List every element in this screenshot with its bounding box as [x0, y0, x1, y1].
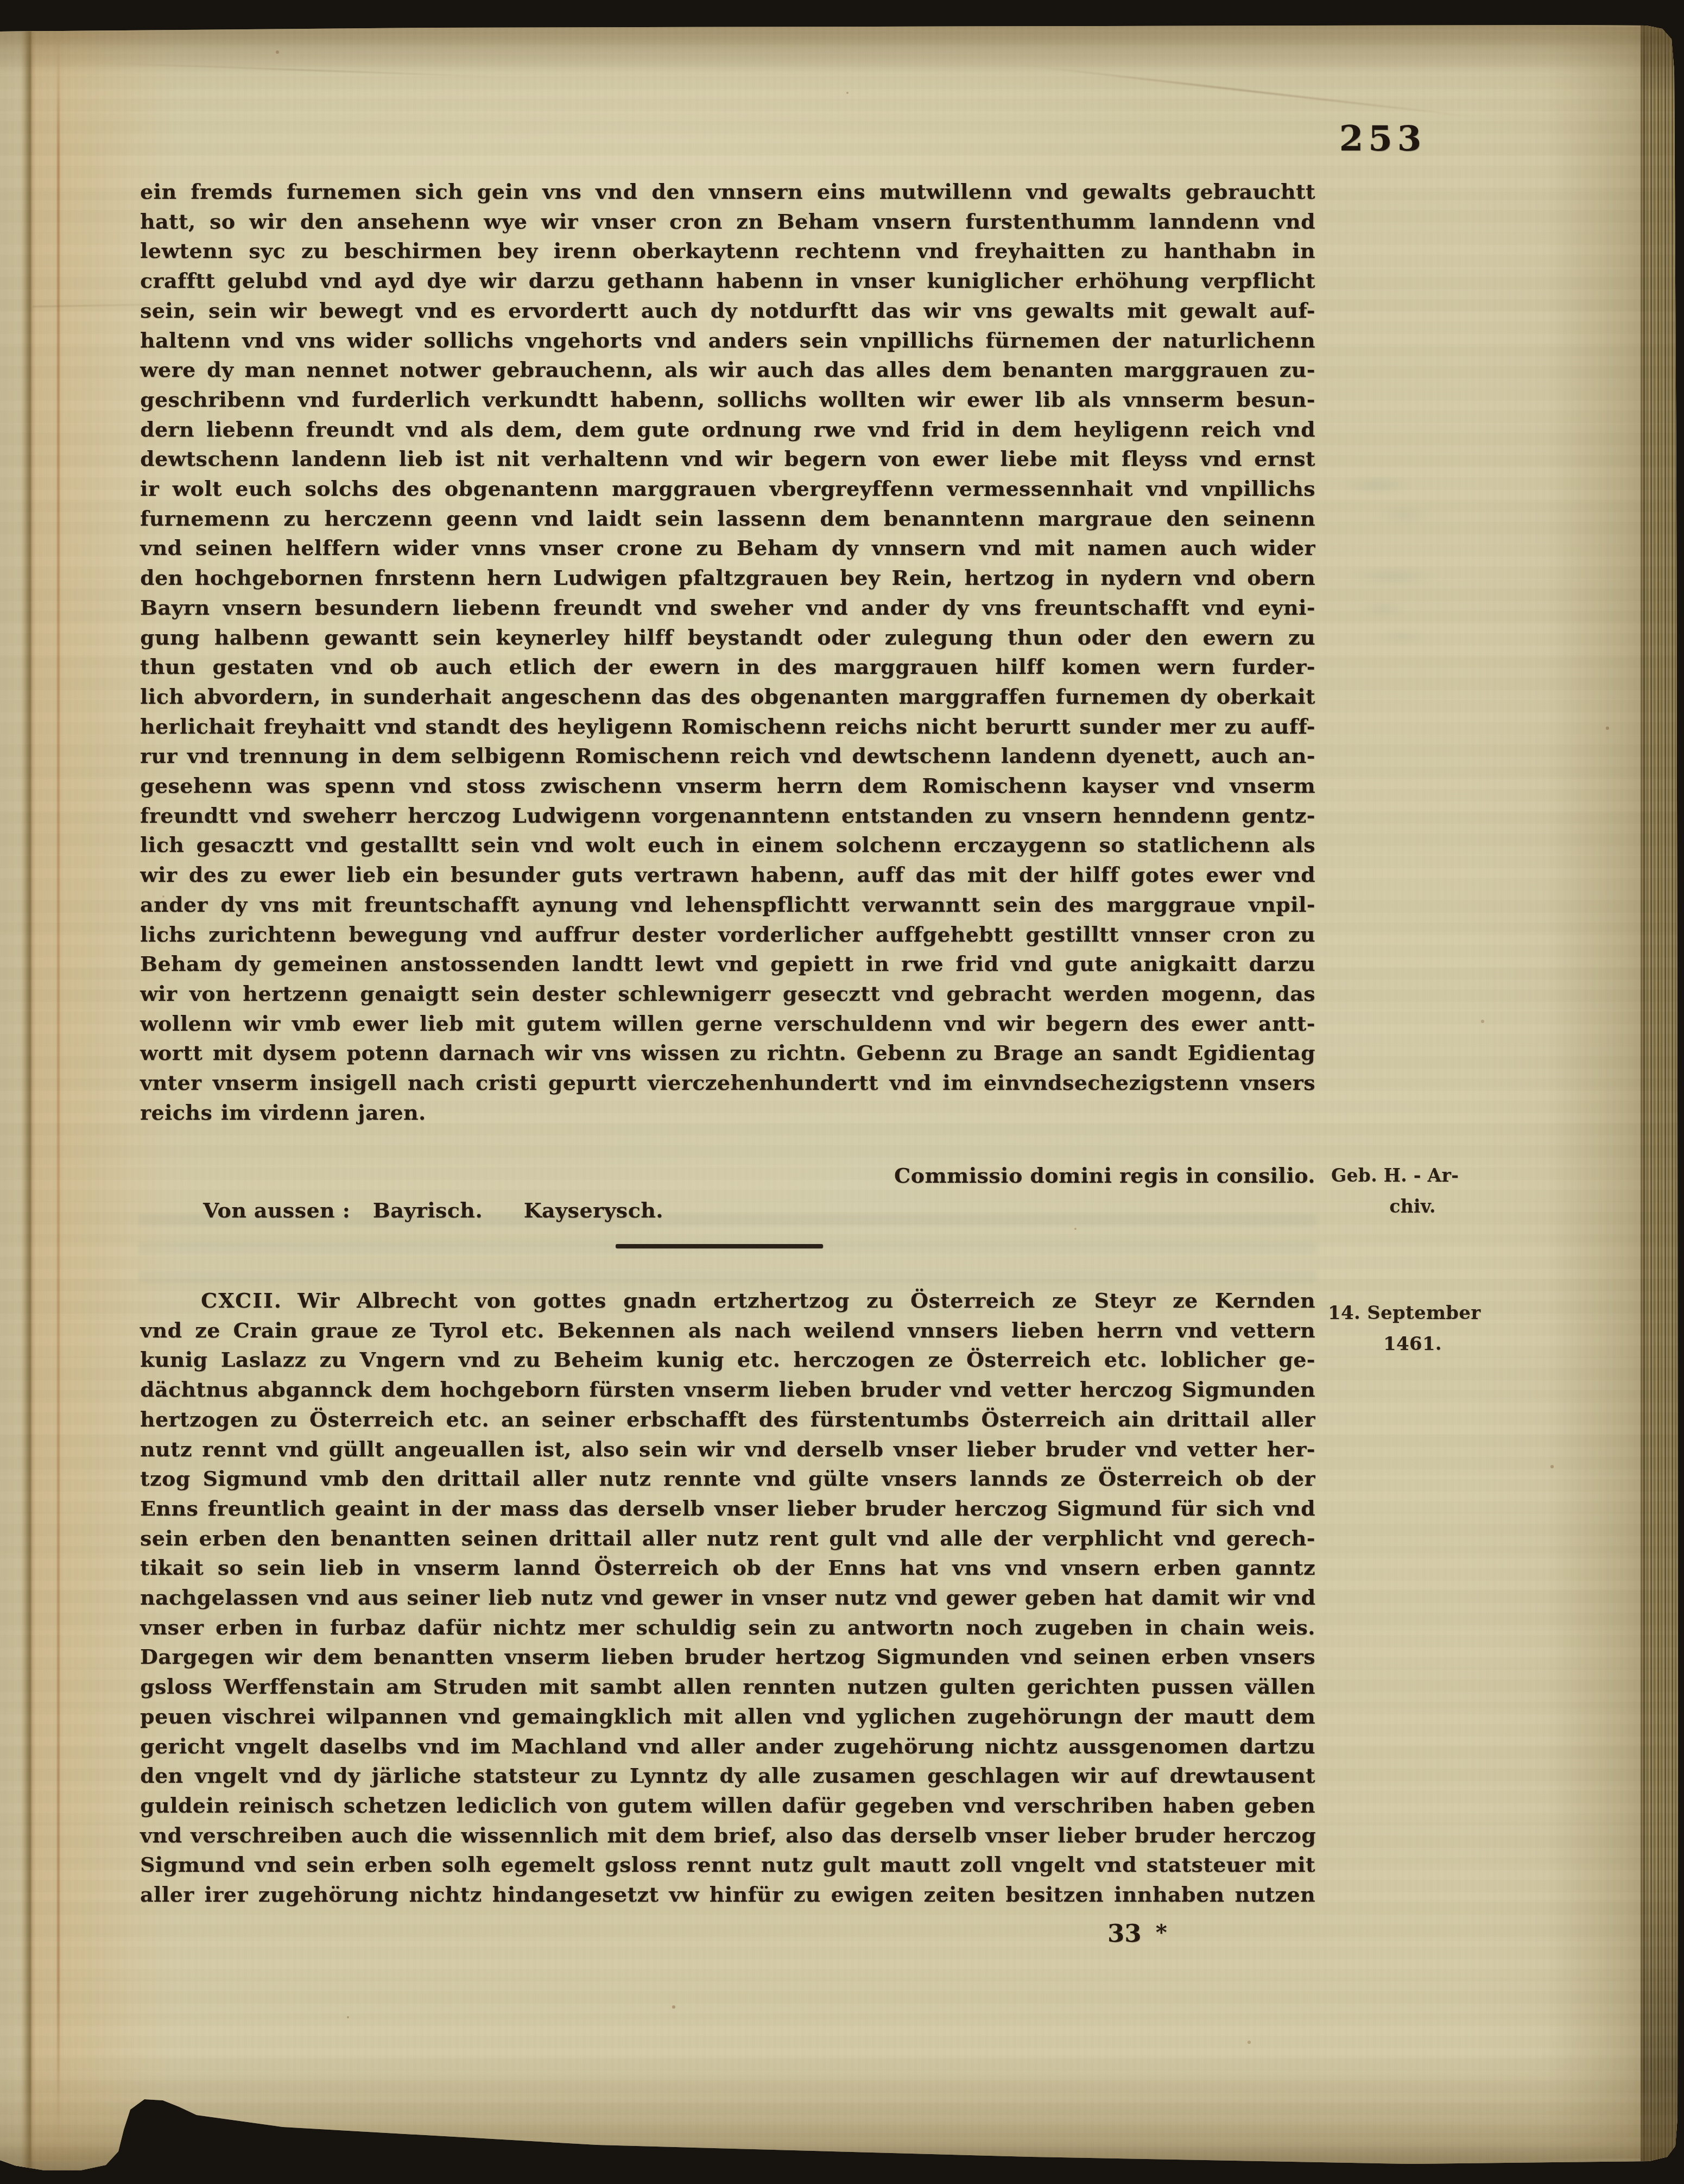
document-continuation-text: ein fremds furnemen sich gein vns vnd de… [140, 177, 1315, 1128]
text-line: sein erben den benantten seinen drittail… [140, 1524, 1315, 1554]
document-cxcii-lines: vnd ze Crain graue ze Tyrol etc. Bekenne… [140, 1316, 1315, 1910]
text-line: Beham dy gemeinen anstossenden landtt le… [140, 949, 1315, 979]
text-line: furnemenn zu herczenn geenn vnd laidt se… [140, 504, 1315, 534]
text-line: den hochgebornen fnrstenn hern Ludwigen … [140, 563, 1315, 593]
right-edge-shadow [1547, 27, 1642, 2158]
text-line: rur vnd trennung in dem selbigenn Romisc… [140, 741, 1315, 771]
text-line: den vngelt vnd dy järliche statsteur zu … [140, 1761, 1315, 1791]
text-line: hertzogen zu Österreich etc. an seiner e… [140, 1405, 1315, 1435]
fore-edge-shadow [1641, 25, 1677, 2161]
text-line: wir des zu ewer lieb ein besunder guts v… [140, 860, 1315, 890]
paper-specks [0, 0, 1, 1]
text-line: crafftt gelubd vnd ayd dye wir darzu get… [140, 266, 1315, 296]
book-page: 253 ein fremds furnemen sich gein vns vn… [0, 0, 1684, 2184]
text-line: wollenn wir vmb ewer lieb mit gutem will… [140, 1009, 1315, 1039]
text-line: dern liebenn freundt vnd als dem, dem gu… [140, 415, 1315, 445]
text-line: guldein reinisch schetzen lediclich von … [140, 1791, 1315, 1821]
text-line: nachgelassen vnd aus seiner lieb nutz vn… [140, 1583, 1315, 1613]
paper-crease [1022, 64, 1476, 117]
text-line: gung halbenn gewantt sein keynerley hilf… [140, 623, 1315, 653]
text-line: lich gesacztt vnd gestalltt sein vnd wol… [140, 830, 1315, 860]
text-line: Dargegen wir dem benantten vnserm lieben… [140, 1642, 1315, 1672]
text-line: peuen vischrei wilpannen vnd gemaingklic… [140, 1702, 1315, 1732]
first-line-text: Wir Albrecht von gottes gnadn ertzhertzo… [297, 1288, 1315, 1312]
text-line: ir wolt euch solchs des obgenantenn marg… [140, 474, 1315, 504]
endorsement-item: Bayrisch. [373, 1198, 483, 1222]
book-scan-background: 253 ein fremds furnemen sich gein vns vn… [0, 0, 1684, 2184]
text-line: aller irer zugehörung nichtz hindangeset… [140, 1880, 1315, 1910]
text-line: ein fremds furnemen sich gein vns vnd de… [140, 177, 1315, 207]
text-line: vnd seinen helffern wider vnns vnser cro… [140, 533, 1315, 563]
text-line: lichs zurichtenn bewegung vnd auffrur de… [140, 920, 1315, 950]
top-edge-shadow [0, 25, 1677, 74]
ink-bleedthrough [1329, 466, 1465, 531]
margin-note-line: chiv. [1331, 1191, 1494, 1222]
text-line: gericht vngelt daselbs vnd im Machland v… [140, 1732, 1315, 1762]
adjacent-page-edge [0, 29, 36, 2168]
margin-note-line: 14. September [1328, 1298, 1497, 1329]
text-line: hatt, so wir den ansehenn wye wir vnser … [140, 207, 1315, 237]
signature-number: 33 [1107, 1919, 1142, 1948]
fore-edge-page-stack [1641, 25, 1677, 2161]
text-line: gesehenn was spenn vnd stoss zwischenn v… [140, 771, 1315, 801]
text-line: haltenn vnd vns wider sollichs vngehorts… [140, 326, 1315, 356]
text-line: vnd verschreiben auch die wissennlich mi… [140, 1821, 1315, 1851]
archive-margin-note: Geb. H. - Ar- chiv. [1331, 1160, 1494, 1222]
section-divider-rule [616, 1244, 823, 1248]
text-line: wortt mit dysem potenn darnach wir vns w… [140, 1038, 1315, 1068]
text-line: thun gestaten vnd ob auch etlich der ewe… [140, 652, 1315, 682]
text-line: tzog Sigmund vmb den drittail aller nutz… [140, 1464, 1315, 1494]
text-line: were dy man nennet notwer gebrauchenn, a… [140, 355, 1315, 385]
margin-note-line: Geb. H. - Ar- [1331, 1160, 1494, 1191]
document-cxcii-text: CXCII.Wir Albrecht von gottes gnadn ertz… [140, 1286, 1315, 1910]
text-line: geschribenn vnd furderlich verkundtt hab… [140, 385, 1315, 415]
text-line: lich abvordern, in sunderhait angeschenn… [140, 682, 1315, 712]
text-line: sein, sein wir bewegt vnd es ervordertt … [140, 296, 1315, 326]
bottom-edge-shadow [0, 2069, 1677, 2172]
text-line: vnser erben in furbaz dafür nichtz mer s… [140, 1613, 1315, 1643]
closing-formula: Commissio domini regis in consilio. [140, 1163, 1315, 1188]
text-line: lewtenn syc zu beschirmen bey irenn ober… [140, 236, 1315, 266]
endorsement-item: Kayserysch. [524, 1198, 663, 1222]
text-line: Sigmund vnd sein erben solh egemelt gslo… [140, 1850, 1315, 1880]
text-line: herlichait freyhaitt vnd standt des heyl… [140, 712, 1315, 742]
text-line: reichs im virdenn jaren. [140, 1098, 1315, 1128]
text-line: wir von hertzenn genaigtt sein dester sc… [140, 979, 1315, 1009]
text-line: ander dy vns mit freuntschafft aynung vn… [140, 890, 1315, 920]
page-number: 253 [1337, 118, 1429, 159]
text-line: nutz rennt vnd güllt angeuallen ist, als… [140, 1435, 1315, 1465]
text-line: dächtnus abgannck dem hochgeborn fürsten… [140, 1375, 1315, 1405]
signature-mark: 33* [1107, 1919, 1167, 1948]
text-line: dewtschenn landenn lieb ist nit verhalte… [140, 444, 1315, 474]
endorsement-line: Von aussen : Bayrisch. Kayserysch. [203, 1198, 663, 1222]
text-line: vnd ze Crain graue ze Tyrol etc. Bekenne… [140, 1316, 1315, 1346]
text-line: CXCII.Wir Albrecht von gottes gnadn ertz… [140, 1286, 1315, 1316]
text-line: Enns freuntlich geaint in der mass das d… [140, 1494, 1315, 1524]
text-line: tikait so sein lieb in vnserm lannd Öste… [140, 1553, 1315, 1583]
text-line: kunig Laslazz zu Vngern vnd zu Beheim ku… [140, 1345, 1315, 1375]
endorsement-label: Von aussen : [203, 1198, 350, 1222]
gutter-crease [57, 33, 60, 2150]
ink-bleedthrough [1325, 558, 1477, 651]
paper-crease [98, 62, 510, 78]
text-line: vnter vnserm insigell nach cristi gepurt… [140, 1068, 1315, 1098]
text-line: freundtt vnd sweherr herczog Ludwigenn v… [140, 801, 1315, 831]
date-margin-note: 14. September 1461. [1328, 1298, 1497, 1360]
document-number-heading: CXCII. [201, 1288, 297, 1312]
margin-note-line: 1461. [1328, 1329, 1497, 1360]
signature-asterisk: * [1156, 1920, 1167, 1945]
text-line: Bayrn vnsern besundern liebenn freundt v… [140, 593, 1315, 623]
text-line: gsloss Werffenstain am Struden mit sambt… [140, 1672, 1315, 1702]
